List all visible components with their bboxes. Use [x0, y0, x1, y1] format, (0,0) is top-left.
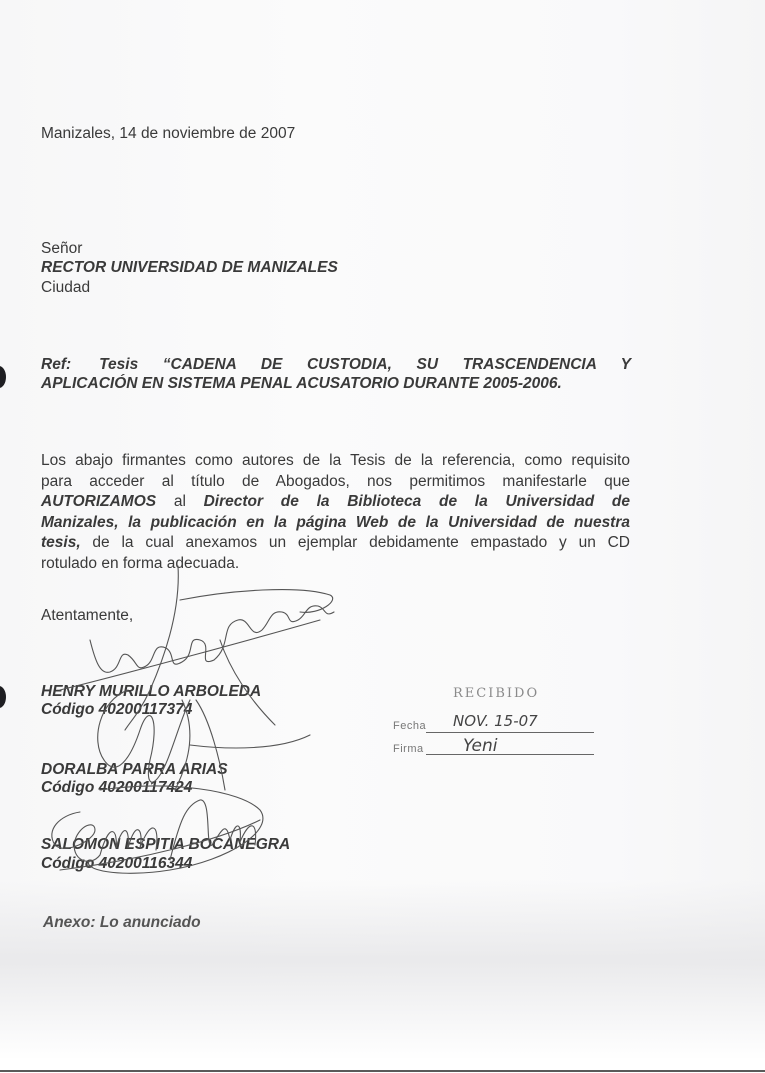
- body-text: de la cual anexamos un ejemplar debidame…: [81, 534, 630, 551]
- stamp-date-label: Fecha: [393, 720, 426, 732]
- signatory-name: DORALBA PARRA ARIAS: [41, 760, 228, 779]
- stamp-signature-label: Firma: [393, 743, 424, 755]
- body-line: AUTORIZAMOS al Director de la Biblioteca…: [41, 492, 630, 513]
- body-line: para acceder al título de Abogados, nos …: [41, 472, 630, 493]
- place-date: Manizales, 14 de noviembre de 2007: [41, 124, 295, 143]
- binder-hole: [0, 366, 6, 388]
- closing: Atentamente,: [41, 606, 133, 625]
- body-emphasis: Director de la Biblioteca de la Universi…: [204, 493, 630, 510]
- annex: Anexo: Lo anunciado: [43, 913, 201, 932]
- stamp-title: RECIBIDO: [453, 686, 539, 701]
- recipient-salutation: Señor: [41, 239, 82, 258]
- binder-hole: [0, 686, 6, 708]
- signatory-name: HENRY MURILLO ARBOLEDA: [41, 682, 261, 701]
- signatory-code: Código 40200116344: [41, 854, 192, 873]
- signatory-name: SALOMON ESPITIA BOCANEGRA: [41, 835, 290, 854]
- body-emphasis: tesis,: [41, 534, 81, 551]
- recipient-title: RECTOR UNIVERSIDAD DE MANIZALES: [41, 258, 338, 277]
- body-line: tesis, de la cual anexamos un ejemplar d…: [41, 533, 630, 554]
- body-line: Los abajo firmantes como autores de la T…: [41, 451, 630, 472]
- body-line: rotulado en forma adecuada.: [41, 554, 630, 575]
- reference-text-1: Tesis “CADENA DE CUSTODIA, SU TRASCENDEN…: [99, 356, 631, 373]
- reference-line-1: Ref:Tesis “CADENA DE CUSTODIA, SU TRASCE…: [41, 355, 631, 374]
- stamp-signature-value: Yeni: [463, 736, 497, 756]
- body-text: al: [156, 493, 204, 510]
- signatory-code: Código 40200117374: [41, 700, 192, 719]
- stamp-date-value: NOV. 15-07: [453, 712, 538, 730]
- stamp-date-line: [426, 732, 594, 733]
- scanned-letter-page: Manizales, 14 de noviembre de 2007 Señor…: [0, 0, 765, 1073]
- body-emphasis: AUTORIZAMOS: [41, 493, 156, 510]
- recipient-city: Ciudad: [41, 278, 90, 297]
- body-paragraph: Los abajo firmantes como autores de la T…: [41, 451, 630, 574]
- stamp-signature-line: [426, 754, 594, 755]
- signatory-code: Código 40200117424: [41, 778, 192, 797]
- scan-bottom-edge: [0, 1070, 765, 1072]
- reference-line-2: APLICACIÓN EN SISTEMA PENAL ACUSATORIO D…: [41, 374, 562, 393]
- body-line: Manizales, la publicación en la página W…: [41, 513, 630, 534]
- reference-label: Ref:: [41, 356, 71, 373]
